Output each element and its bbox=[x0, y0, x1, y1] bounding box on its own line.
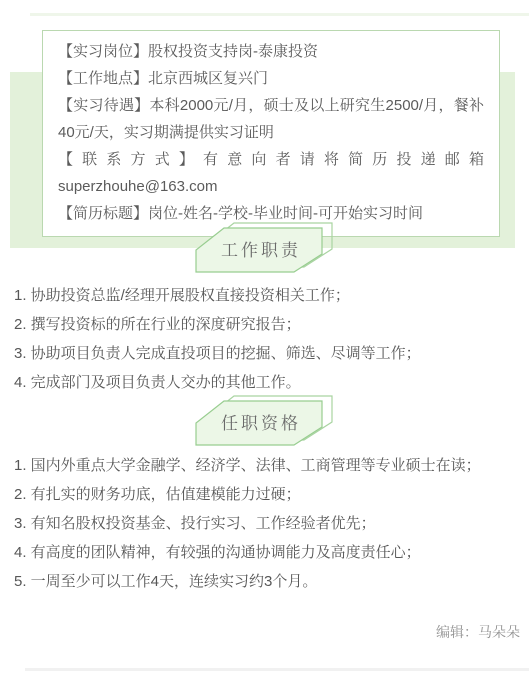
list-item: 4. 有高度的团队精神，有较强的沟通协调能力及高度责任心； bbox=[14, 538, 517, 567]
info-box-content: 【实习岗位】股权投资支持岗-泰康投资 【工作地点】北京西城区复兴门 【实习待遇】… bbox=[42, 30, 500, 237]
info-line-position: 【实习岗位】股权投资支持岗-泰康投资 bbox=[58, 38, 484, 65]
list-item: 4. 完成部门及项目负责人交办的其他工作。 bbox=[14, 368, 517, 397]
info-line-salary: 【实习待遇】本科2000元/月，硕士及以上研究生2500/月，餐补40元/天，实… bbox=[58, 92, 484, 146]
ribbon-shape-icon: 任职资格 bbox=[190, 395, 340, 447]
list-item: 2. 撰写投资标的所在行业的深度研究报告； bbox=[14, 310, 517, 339]
list-item: 3. 协助项目负责人完成直投项目的挖掘、筛选、尽调等工作； bbox=[14, 339, 517, 368]
section-title-responsibilities: 工作职责 bbox=[190, 222, 340, 274]
list-item: 3. 有知名股权投资基金、投行实习、工作经验者优先； bbox=[14, 509, 517, 538]
responsibilities-list: 1. 协助投资总监/经理开展股权直接投资相关工作； 2. 撰写投资标的所在行业的… bbox=[14, 281, 517, 397]
section-title-text: 任职资格 bbox=[221, 414, 301, 433]
list-item: 1. 国内外重点大学金融学、经济学、法律、工商管理等专业硕士在读； bbox=[14, 451, 517, 480]
article-page: 【实习岗位】股权投资支持岗-泰康投资 【工作地点】北京西城区复兴门 【实习待遇】… bbox=[0, 0, 529, 674]
info-line-location: 【工作地点】北京西城区复兴门 bbox=[58, 65, 484, 92]
info-line-contact: 【联系方式】有意向者请将简历投递邮箱superzhouhe@163.com bbox=[58, 146, 484, 200]
section-title-text: 工作职责 bbox=[221, 241, 301, 260]
section-title-qualifications: 任职资格 bbox=[190, 395, 340, 447]
list-item: 1. 协助投资总监/经理开展股权直接投资相关工作； bbox=[14, 281, 517, 310]
qualifications-list: 1. 国内外重点大学金融学、经济学、法律、工商管理等专业硕士在读； 2. 有扎实… bbox=[14, 451, 517, 596]
list-item: 2. 有扎实的财务功底，估值建模能力过硬； bbox=[14, 480, 517, 509]
bottom-divider bbox=[25, 668, 529, 671]
editor-credit: 编辑：马朵朵 bbox=[436, 622, 520, 642]
top-divider bbox=[30, 13, 529, 16]
job-info-box: 【实习岗位】股权投资支持岗-泰康投资 【工作地点】北京西城区复兴门 【实习待遇】… bbox=[42, 30, 500, 237]
ribbon-shape-icon: 工作职责 bbox=[190, 222, 340, 274]
list-item: 5. 一周至少可以工作4天，连续实习约3个月。 bbox=[14, 567, 517, 596]
